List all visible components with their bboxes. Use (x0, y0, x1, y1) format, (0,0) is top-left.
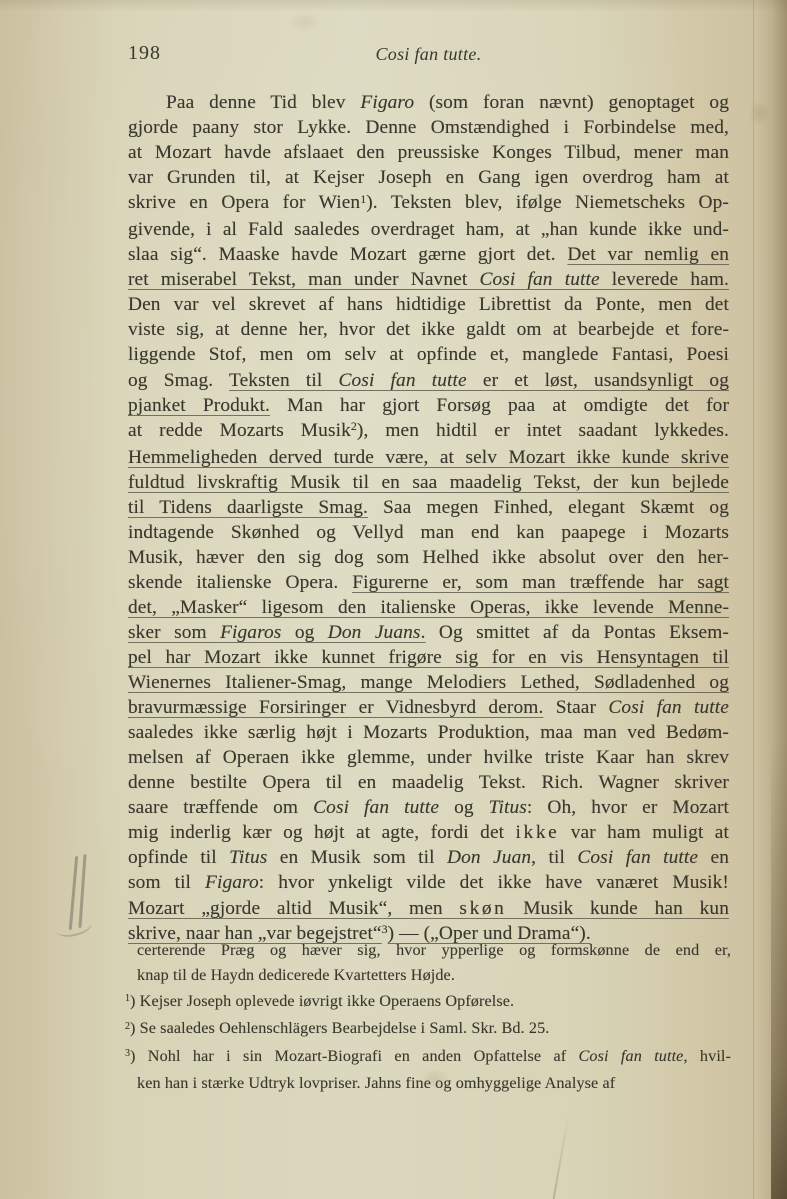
body-line-9: Den var vel skrevet af hans hidtidige Li… (128, 292, 729, 317)
body-line-6: givende, i al Fald saaledes overdraget h… (128, 217, 729, 242)
body-line-26: saaledes ikke særlig højt i Mozarts Prod… (128, 720, 729, 745)
body-line-5: skrive en Opera for Wien1). Teksten blev… (128, 190, 729, 217)
body-line-8: ret miserabel Tekst, man under Navnet Co… (128, 267, 729, 292)
footnote-line-2: knap til de Haydn dedicerede Kvartetters… (125, 963, 731, 988)
body-text: Paa denne Tid blev Figaro (som foran næv… (128, 90, 729, 948)
running-title: Cosi fan tutte. (128, 44, 729, 65)
paper-crease (552, 1113, 569, 1199)
body-line-20: skende italienske Opera. Figurerne er, s… (128, 570, 729, 595)
body-line-27: melsen af Operaen ikke glemme, under hvi… (128, 745, 729, 770)
footnote-line-4: 2) Se saaledes Oehlenschlägers Bearbejde… (125, 1016, 731, 1043)
body-line-11: liggende Stof, men om selv at opfinde et… (128, 342, 729, 367)
footnote-line-1: certerende Præg og hæver sig, hvor ypper… (125, 938, 731, 963)
body-line-22: sker som Figaros og Don Juans. Og smitte… (128, 620, 729, 645)
body-line-19: Musik, hæver den sig dog som Helhed ikke… (128, 545, 729, 570)
paper-smudge (420, 1068, 450, 1090)
body-line-2: gjorde paany stor Lykke. Denne Omstændig… (128, 115, 729, 140)
body-line-10: viste sig, at denne her, hvor det ikke g… (128, 317, 729, 342)
body-line-3: at Mozart havde afslaaet den preussiske … (128, 140, 729, 165)
footnote-line-3: 1) Kejser Joseph oplevede iøvrigt ikke O… (125, 989, 731, 1016)
body-line-7: slaa sig“. Maaske havde Mozart gærne gjo… (128, 242, 729, 267)
binding-shadow (771, 739, 787, 1199)
body-line-13: pjanket Produkt. Man har gjort Forsøg pa… (128, 393, 729, 418)
body-line-14: at redde Mozarts Musik2), men hidtil er … (128, 418, 729, 445)
body-line-23: pel har Mozart ikke kunnet frigøre sig f… (128, 645, 729, 670)
body-line-4: var Grunden til, at Kejser Joseph en Gan… (128, 165, 729, 190)
body-line-12: og Smag. Teksten til Cosi fan tutte er e… (128, 368, 729, 393)
body-line-30: mig inderlig kær og højt at agte, fordi … (128, 820, 729, 845)
body-line-21: det, „Masker“ ligesom den italienske Ope… (128, 595, 729, 620)
body-line-25: bravurmæssige Forsiringer er Vidnesbyrd … (128, 695, 729, 720)
body-line-28: denne bestilte Opera til en maadelig Tek… (128, 770, 729, 795)
margin-pencil-squiggle (54, 914, 93, 940)
body-line-16: fuldtud livskraftig Musik til en saa maa… (128, 470, 729, 495)
body-line-1: Paa denne Tid blev Figaro (som foran næv… (128, 90, 729, 115)
body-line-31: opfinde til Titus en Musik som til Don J… (128, 845, 729, 870)
paper-smudge (288, 12, 322, 32)
footnote-line-5: 3) Nohl har i sin Mozart-Biografi en and… (125, 1044, 731, 1071)
page-header: 198 Cosi fan tutte. (128, 42, 729, 68)
body-line-15: Hemmeligheden derved turde være, at selv… (128, 445, 729, 470)
body-line-33: Mozart „gjorde altid Musik“, men skøn Mu… (128, 896, 729, 921)
body-line-24: Wienernes Italiener-Smag, mange Melodier… (128, 670, 729, 695)
body-line-17: til Tidens daarligste Smag. Saa megen Fi… (128, 495, 729, 520)
body-line-18: indtagende Skønhed og Vellyd man end kan… (128, 520, 729, 545)
body-line-32: som til Figaro: hvor ynkeligt vilde det … (128, 870, 729, 895)
body-line-29: saare træffende om Cosi fan tutte og Tit… (128, 795, 729, 820)
scanned-book-page: 198 Cosi fan tutte. Paa denne Tid blev F… (0, 0, 787, 1199)
page-top-shadow (0, 0, 787, 12)
